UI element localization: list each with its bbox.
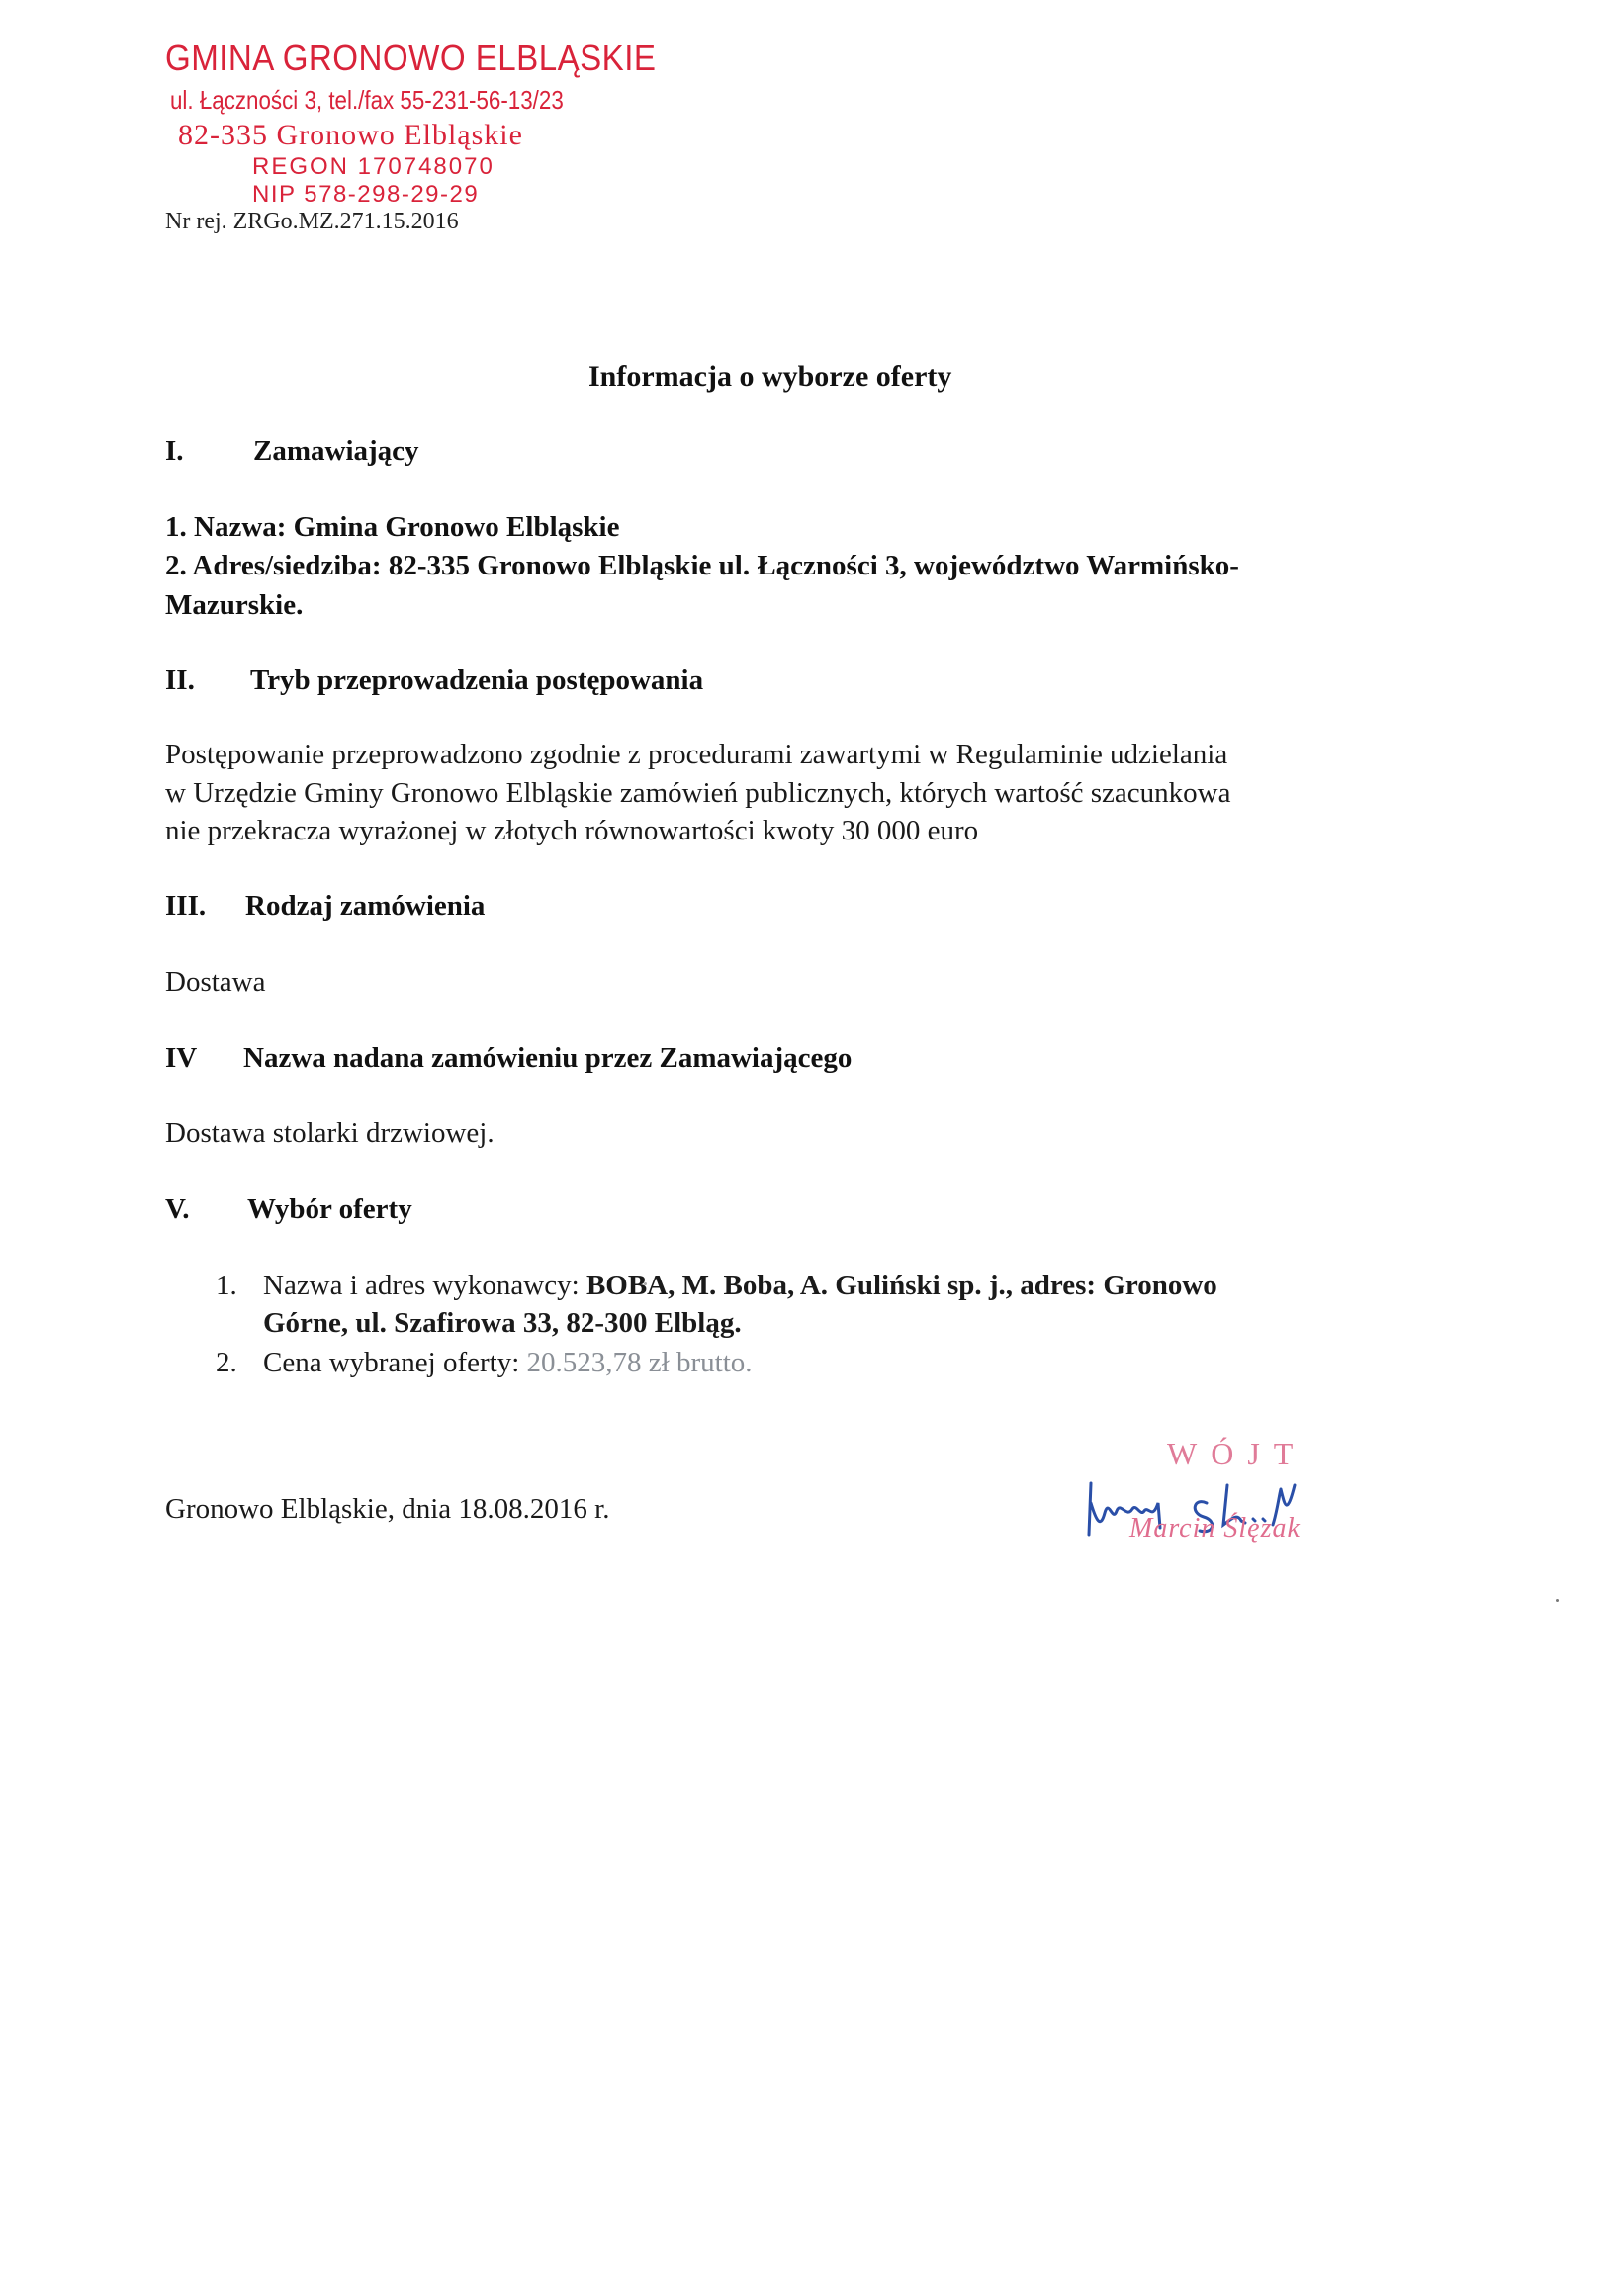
- order-name-value: Dostawa stolarki drzwiowej.: [165, 1117, 495, 1150]
- section-title: Zamawiający: [253, 435, 419, 468]
- section-title: Tryb przeprowadzenia postępowania: [250, 664, 703, 697]
- procedure-text-line: w Urzędzie Gminy Gronowo Elbląskie zamów…: [165, 777, 1231, 810]
- price-value: 20.523,78 zł brutto.: [527, 1347, 753, 1378]
- section-title: Rodzaj zamówienia: [245, 890, 485, 923]
- procedure-text-line: nie przekracza wyrażonej w złotych równo…: [165, 815, 978, 847]
- contractor-label: Nazwa i adres wykonawcy:: [263, 1270, 586, 1301]
- list-item-number: 1.: [216, 1270, 237, 1302]
- contractor-line: Nazwa i adres wykonawcy: BOBA, M. Boba, …: [263, 1270, 1217, 1302]
- document-title: Informacja o wyborze oferty: [588, 360, 951, 394]
- section-title: Wybór oferty: [247, 1193, 412, 1226]
- stamp-signatory-name: Marcin Ślęzak: [1129, 1513, 1301, 1545]
- procedure-text-line: Postępowanie przeprowadzono zgodnie z pr…: [165, 739, 1227, 771]
- stamp-regon: REGON 170748070: [252, 153, 495, 181]
- section-title: Nazwa nadana zamówieniu przez Zamawiając…: [243, 1042, 852, 1075]
- section-number: I.: [165, 435, 184, 468]
- buyer-name-line: 1. Nazwa: Gmina Gronowo Elbląskie: [165, 511, 619, 544]
- section-number: V.: [165, 1193, 189, 1226]
- contractor-name-address: BOBA, M. Boba, A. Guliński sp. j., adres…: [586, 1270, 1217, 1301]
- section-number: II.: [165, 664, 195, 697]
- buyer-address-line-cont: Mazurskie.: [165, 589, 303, 622]
- price-label: Cena wybranej oferty:: [263, 1347, 527, 1378]
- place-and-date: Gronowo Elbląskie, dnia 18.08.2016 r.: [165, 1493, 609, 1526]
- scan-speck: [644, 1282, 647, 1285]
- stamp-address-phone: ul. Łączności 3, tel./fax 55-231-56-13/2…: [170, 85, 564, 116]
- contractor-address-cont: Górne, ul. Szafirowa 33, 82-300 Elbląg.: [263, 1307, 742, 1340]
- price-line: Cena wybranej oferty: 20.523,78 zł brutt…: [263, 1347, 753, 1379]
- stamp-postal-city: 82-335 Gronowo Elbląskie: [178, 119, 523, 152]
- scan-speck: [1556, 1599, 1559, 1602]
- reference-number: Nr rej. ZRGo.MZ.271.15.2016: [165, 209, 459, 235]
- section-number: IV: [165, 1042, 197, 1075]
- stamp-municipality-name: GMINA GRONOWO ELBLĄSKIE: [165, 38, 656, 79]
- list-item-number: 2.: [216, 1347, 237, 1379]
- stamp-title: WÓJT: [1167, 1436, 1306, 1472]
- stamp-nip: NIP 578-298-29-29: [252, 181, 479, 209]
- order-type-value: Dostawa: [165, 966, 265, 999]
- section-number: III.: [165, 890, 206, 923]
- buyer-address-line: 2. Adres/siedziba: 82-335 Gronowo Elbląs…: [165, 550, 1239, 582]
